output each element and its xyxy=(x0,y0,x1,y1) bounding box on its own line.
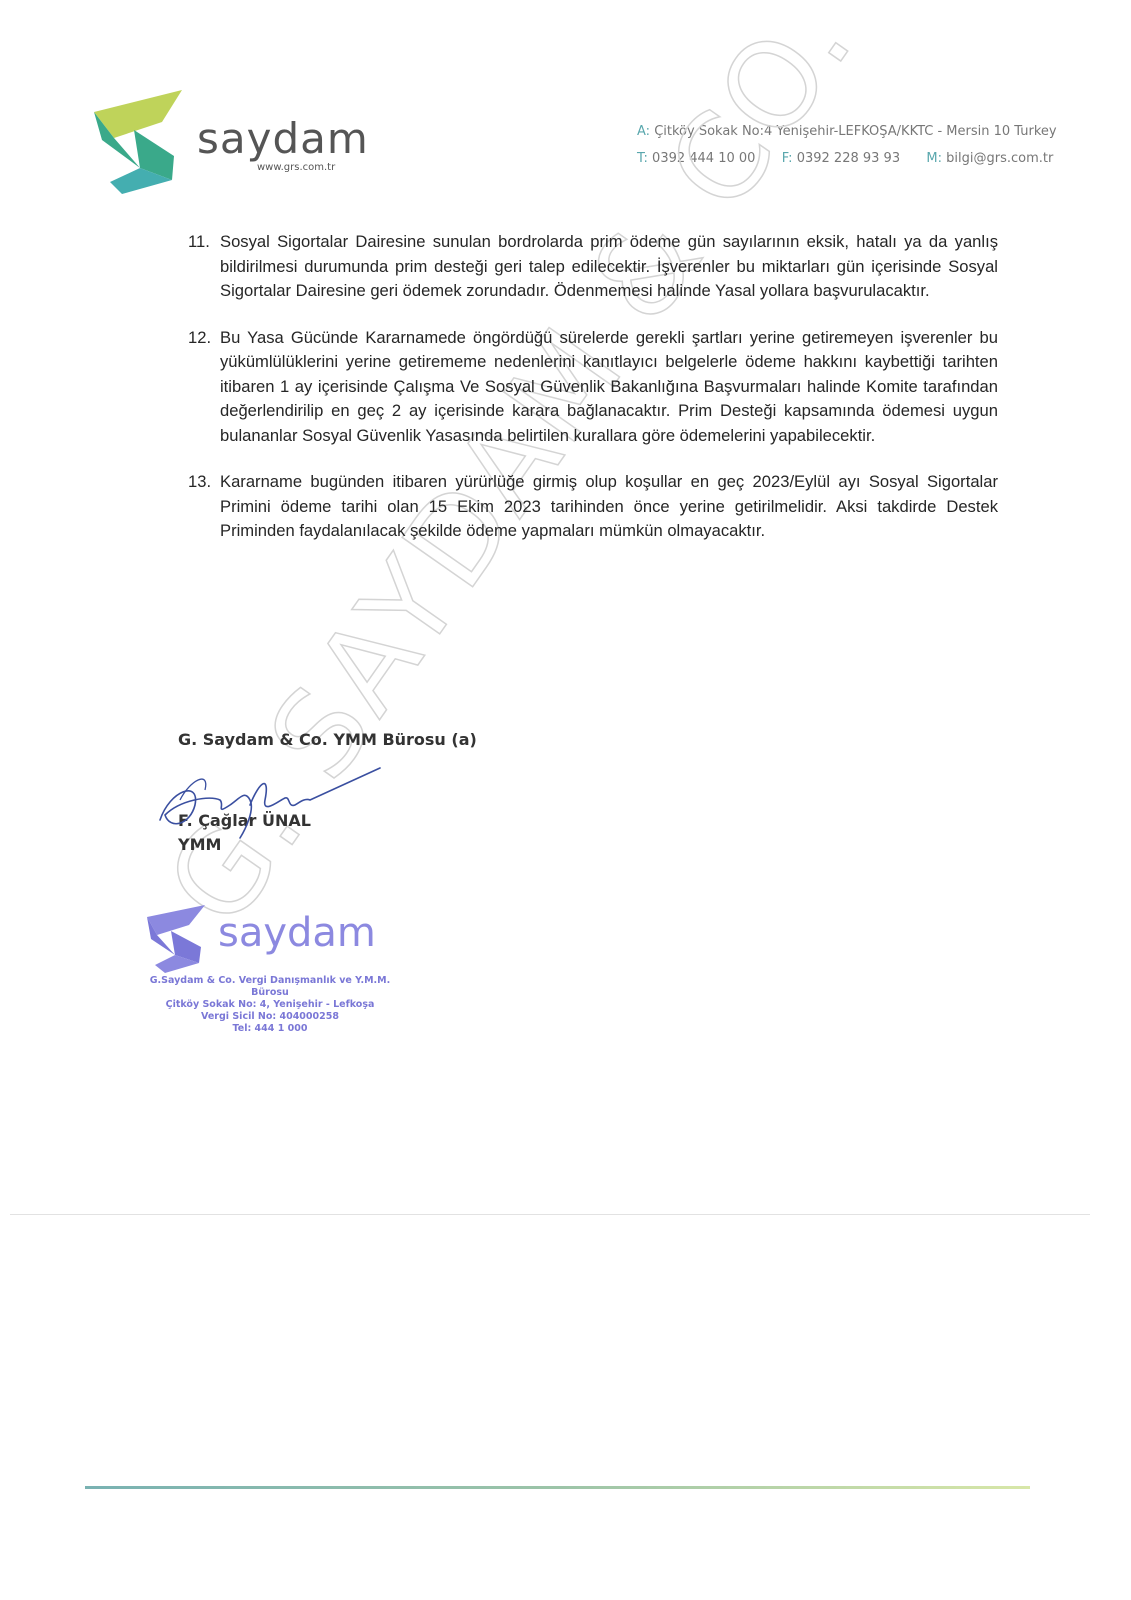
stamp-line: Vergi Sicil No: 404000258 xyxy=(130,1011,410,1023)
email-label: M: xyxy=(926,151,942,166)
list-item: 12. Bu Yasa Gücünde Kararnamede öngördüğ… xyxy=(188,326,998,449)
stamp-text: G.Saydam & Co. Vergi Danışmanlık ve Y.M.… xyxy=(130,975,410,1035)
item-text: Kararname bugünden itibaren yürürlüğe gi… xyxy=(220,470,998,544)
handwritten-signature-icon xyxy=(150,760,390,840)
stamp-brand: saydam xyxy=(218,910,376,956)
item-text: Sosyal Sigortalar Dairesine sunulan bord… xyxy=(220,230,998,304)
scan-divider xyxy=(10,1214,1090,1215)
item-number: 13. xyxy=(188,470,220,544)
stamp-logo-icon xyxy=(145,905,213,975)
saydam-logo-icon xyxy=(92,90,192,198)
firm-name: G. Saydam & Co. YMM Bürosu (a) xyxy=(178,730,477,749)
document-body: 11. Sosyal Sigortalar Dairesine sunulan … xyxy=(188,230,998,566)
website-link[interactable]: www.grs.com.tr xyxy=(257,162,335,173)
footer-gradient-line xyxy=(85,1486,1030,1489)
item-text: Bu Yasa Gücünde Kararnamede öngördüğü sü… xyxy=(220,326,998,449)
fax-value: 0392 228 93 93 xyxy=(797,151,900,166)
item-number: 11. xyxy=(188,230,220,304)
item-number: 12. xyxy=(188,326,220,449)
address-label: A: xyxy=(637,124,650,139)
company-stamp: saydam G.Saydam & Co. Vergi Danışmanlık … xyxy=(130,905,410,1035)
company-logo: saydam www.grs.com.tr xyxy=(92,90,372,200)
email-link[interactable]: bilgi@grs.com.tr xyxy=(946,151,1053,166)
stamp-line: G.Saydam & Co. Vergi Danışmanlık ve Y.M.… xyxy=(130,975,410,999)
list-item: 13. Kararname bugünden itibaren yürürlüğ… xyxy=(188,470,998,544)
stamp-line: Tel: 444 1 000 xyxy=(130,1023,410,1035)
stamp-line: Çitköy Sokak No: 4, Yenişehir - Lefkoşa xyxy=(130,999,410,1011)
brand-name: saydam xyxy=(197,114,369,163)
list-item: 11. Sosyal Sigortalar Dairesine sunulan … xyxy=(188,230,998,304)
